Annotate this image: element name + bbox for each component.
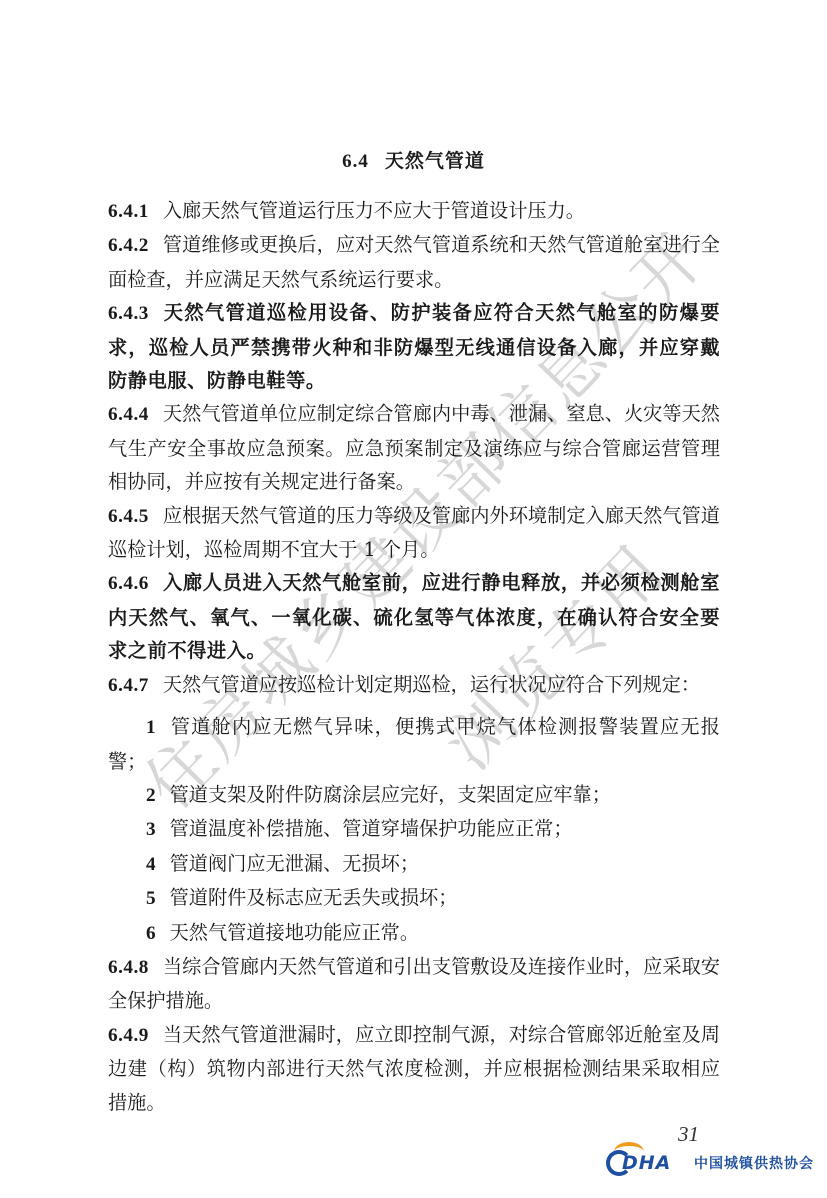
clause-6-4-7-items: 1管道舱内应无燃气异味，便携式甲烷气体检测报警装置应无报警； 2管道支架及附件防… (108, 710, 720, 950)
clause-text: 天然气管道单位应制定综合管廊内中毒、泄漏、窒息、火灾等天然气生产安全事故应急预案… (108, 402, 720, 493)
document-page: 住房城乡建设部信息公开 浏览专用 6.4天然气管道 6.4.1入廊天然气管道运行… (0, 0, 827, 1198)
section-title: 6.4天然气管道 (0, 146, 827, 173)
item-number: 1 (146, 717, 156, 738)
clause-text: 当天然气管道泄漏时，应立即控制气源，对综合管廊邻近舱室及周边建（构）筑物内部进行… (108, 1023, 720, 1114)
clause-6-4-5: 6.4.5应根据天然气管道的压力等级及管廊内外环境制定入廊天然气管道巡检计划，巡… (108, 499, 720, 567)
logo-letters: DHA (622, 1152, 671, 1174)
item-number: 2 (146, 785, 156, 806)
clause-text-mandatory: 入廊人员进入天然气舱室前，应进行静电释放，并必须检测舱室内天然气、氧气、一氧化碳… (108, 571, 720, 662)
list-item: 2管道支架及附件防腐涂层应完好，支架固定应牢靠； (108, 778, 720, 812)
clause-number: 6.4.3 (108, 303, 149, 324)
clause-text: 天然气管道应按巡检计划定期巡检，运行状况应符合下列规定： (163, 673, 700, 696)
clause-6-4-9: 6.4.9当天然气管道泄漏时，应立即控制气源，对综合管廊邻近舱室及周边建（构）筑… (108, 1018, 720, 1119)
section-heading: 天然气管道 (385, 150, 485, 172)
clause-number: 6.4.9 (108, 1025, 149, 1046)
clause-6-4-3: 6.4.3天然气管道巡检用设备、防护装备应符合天然气舱室的防爆要求，巡检人员严禁… (108, 296, 720, 397)
organization-name: 中国城镇供热协会 (694, 1153, 814, 1173)
item-text: 管道支架及附件防腐涂层应完好，支架固定应牢靠； (170, 783, 611, 806)
footer-logo: DHA 中国城镇供热协会 (604, 1148, 814, 1178)
clause-text: 当综合管廊内天然气管道和引出支管敷设及连接作业时，应采取安全保护措施。 (108, 955, 720, 1012)
clause-number: 6.4.1 (108, 201, 149, 222)
document-body: 6.4.1入廊天然气管道运行压力不应大于管道设计压力。 6.4.2管道维修或更换… (108, 194, 720, 1119)
clause-6-4-7: 6.4.7天然气管道应按巡检计划定期巡检，运行状况应符合下列规定： (108, 668, 720, 702)
clause-6-4-8: 6.4.8当综合管廊内天然气管道和引出支管敷设及连接作业时，应采取安全保护措施。 (108, 950, 720, 1018)
clause-6-4-4: 6.4.4天然气管道单位应制定综合管廊内中毒、泄漏、窒息、火灾等天然气生产安全事… (108, 397, 720, 498)
page-number: 31 (678, 1122, 699, 1147)
list-item: 3管道温度补偿措施、管道穿墙保护功能应正常； (108, 812, 720, 846)
clause-text-mandatory: 天然气管道巡检用设备、防护装备应符合天然气舱室的防爆要求，巡检人员严禁携带火种和… (108, 301, 720, 392)
list-item: 1管道舱内应无燃气异味，便携式甲烷气体检测报警装置应无报警； (108, 710, 720, 778)
clause-6-4-6: 6.4.6入廊人员进入天然气舱室前，应进行静电释放，并必须检测舱室内天然气、氧气… (108, 566, 720, 667)
item-number: 6 (146, 923, 156, 944)
item-number: 4 (146, 854, 156, 875)
clause-number: 6.4.7 (108, 675, 149, 696)
dha-logo-icon: DHA (604, 1148, 686, 1178)
clause-text: 入廊天然气管道运行压力不应大于管道设计压力。 (163, 199, 585, 222)
item-number: 5 (146, 888, 156, 909)
item-text: 天然气管道接地功能应正常。 (170, 921, 419, 944)
list-item: 5管道附件及标志应无丢失或损坏； (108, 881, 720, 915)
item-number: 3 (146, 819, 156, 840)
item-text: 管道阀门应无泄漏、无损坏； (170, 852, 419, 875)
clause-text: 管道维修或更换后，应对天然气管道系统和天然气管道舱室进行全面检查，并应满足天然气… (108, 233, 720, 290)
item-text: 管道舱内应无燃气异味，便携式甲烷气体检测报警装置应无报警； (108, 715, 720, 772)
item-text: 管道附件及标志应无丢失或损坏； (170, 886, 458, 909)
clause-number: 6.4.6 (108, 573, 149, 594)
clause-number: 6.4.4 (108, 404, 149, 425)
clause-text: 应根据天然气管道的压力等级及管廊内外环境制定入廊天然气管道巡检计划，巡检周期不宜… (108, 504, 720, 561)
section-number: 6.4 (342, 151, 369, 172)
clause-number: 6.4.8 (108, 957, 149, 978)
list-item: 6天然气管道接地功能应正常。 (108, 916, 720, 950)
clause-6-4-1: 6.4.1入廊天然气管道运行压力不应大于管道设计压力。 (108, 194, 720, 228)
list-item: 4管道阀门应无泄漏、无损坏； (108, 847, 720, 881)
clause-6-4-2: 6.4.2管道维修或更换后，应对天然气管道系统和天然气管道舱室进行全面检查，并应… (108, 228, 720, 296)
clause-number: 6.4.2 (108, 235, 149, 256)
clause-number: 6.4.5 (108, 506, 149, 527)
item-text: 管道温度补偿措施、管道穿墙保护功能应正常； (170, 817, 573, 840)
